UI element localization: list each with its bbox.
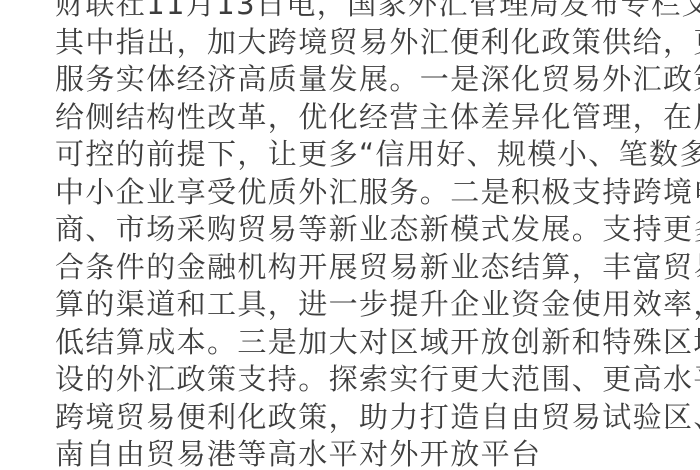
article-line: 低结算成本。三是加大对区域开放创新和特殊区域建 [55, 324, 655, 362]
article-line: 跨境贸易便利化政策，助力打造自由贸易试验区、海 [55, 399, 655, 437]
article-line: 算的渠道和工具，进一步提升企业资金使用效率，降 [55, 286, 655, 324]
article-line: 商、市场采购贸易等新业态新模式发展。支持更多符 [55, 211, 655, 249]
article-line: 中小企业享受优质外汇服务。二是积极支持跨境电 [55, 174, 655, 212]
article-line: 南自由贸易港等高水平对外开放平台 [55, 436, 655, 470]
article-line: 可控的前提下，让更多“信用好、规模小、笔数多”的 [55, 136, 655, 174]
article-line: 其中指出，加大跨境贸易外汇便利化政策供给，更好 [55, 24, 655, 62]
article-line: 给侧结构性改革，优化经营主体差异化管理，在风险 [55, 99, 655, 137]
article-line: 财联社11月13日电，国家外汇管理局发布专栏文章， [55, 0, 655, 24]
news-article-body: 财联社11月13日电，国家外汇管理局发布专栏文章， 其中指出，加大跨境贸易外汇便… [55, 0, 655, 470]
article-line: 设的外汇政策支持。探索实行更大范围、更高水平的 [55, 361, 655, 399]
article-line: 服务实体经济高质量发展。一是深化贸易外汇政策供 [55, 61, 655, 99]
article-line: 合条件的金融机构开展贸易新业态结算，丰富贸易结 [55, 249, 655, 287]
